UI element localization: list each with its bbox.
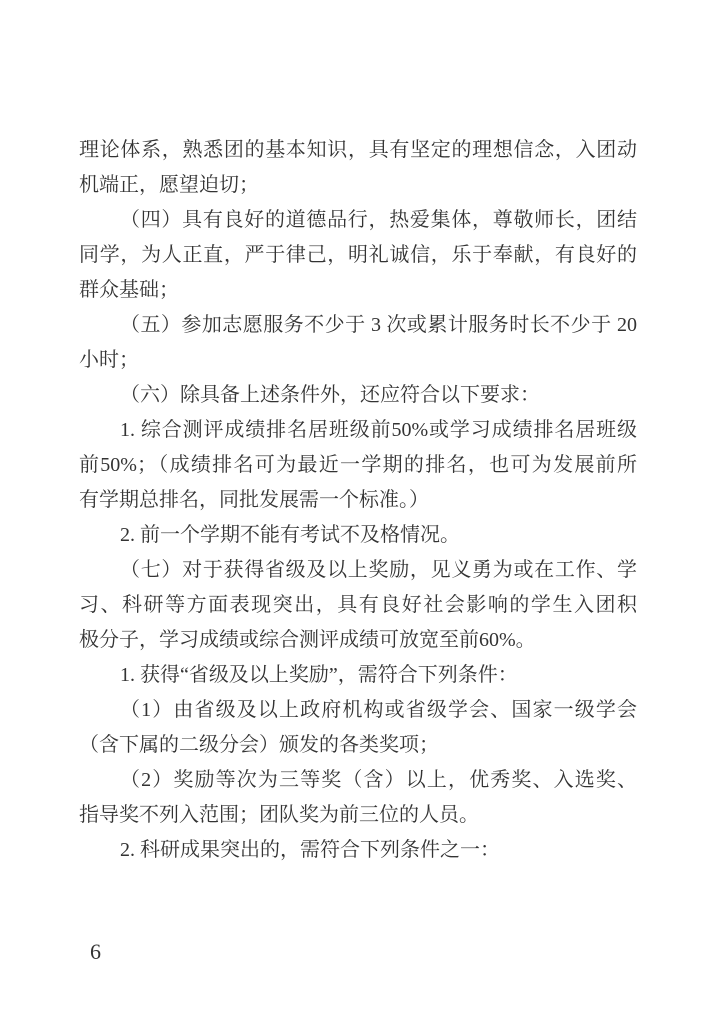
document-page: 理论体系，熟悉团的基本知识，具有坚定的理想信念，入团动机端正，愿望迫切；（四）具… [0,0,720,1018]
text-line: （六）除具备上述条件外，还应符合以下要求： [79,378,637,413]
text-line: 前50%；（成绩排名可为最近一学期的排名，也可为发展前所 [79,448,637,483]
text-line: 小时； [79,343,637,378]
text-line: （1）由省级及以上政府机构或省级学会、国家一级学会 [79,693,637,728]
text-line: 1. 获得“省级及以上奖励”，需符合下列条件： [79,658,637,693]
text-line: 极分子，学习成绩或综合测评成绩可放宽至前60%。 [79,623,637,658]
text-line: （七）对于获得省级及以上奖励，见义勇为或在工作、学 [79,553,637,588]
text-line: 机端正，愿望迫切； [79,168,637,203]
text-line: 有学期总排名，同批发展需一个标准。） [79,483,637,518]
text-line: 2. 前一个学期不能有考试不及格情况。 [79,518,637,553]
text-line: 理论体系，熟悉团的基本知识，具有坚定的理想信念，入团动 [79,133,637,168]
text-line: （2）奖励等次为三等奖（含）以上，优秀奖、入选奖、 [79,763,637,798]
text-line: 2. 科研成果突出的，需符合下列条件之一： [79,833,637,868]
text-line: 指导奖不列入范围；团队奖为前三位的人员。 [79,798,637,833]
document-body: 理论体系，熟悉团的基本知识，具有坚定的理想信念，入团动机端正，愿望迫切；（四）具… [79,133,637,868]
text-line: （四）具有良好的道德品行，热爱集体，尊敬师长，团结 [79,203,637,238]
text-line: 群众基础； [79,273,637,308]
text-line: （五）参加志愿服务不少于 3 次或累计服务时长不少于 20 [79,308,637,343]
text-line: （含下属的二级分会）颁发的各类奖项； [79,728,637,763]
text-line: 1. 综合测评成绩排名居班级前50%或学习成绩排名居班级 [79,413,637,448]
text-line: 同学，为人正直，严于律己，明礼诚信，乐于奉献，有良好的 [79,238,637,273]
text-line: 习、科研等方面表现突出，具有良好社会影响的学生入团积 [79,588,637,623]
page-number: 6 [90,938,101,965]
